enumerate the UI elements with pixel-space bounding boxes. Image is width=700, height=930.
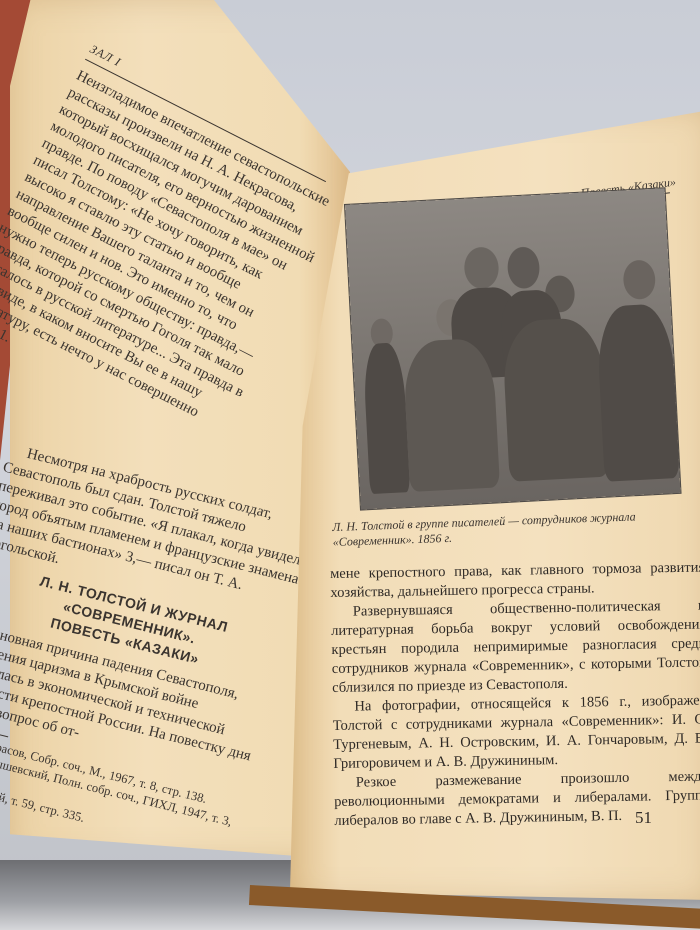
figure-seated-3 (501, 317, 609, 482)
figure-seated-4 (596, 303, 680, 482)
right-paragraph-2: Развернувшаяся общественно-политическая … (331, 596, 700, 698)
figure-seated-2 (402, 337, 500, 492)
group-photo (345, 188, 681, 509)
right-paragraph-3: На фотографии, относящейся к 1856 г., из… (332, 691, 700, 774)
right-page-text: мене крепостного права, как главного тор… (330, 558, 700, 831)
page-number: 51 (635, 808, 652, 828)
right-paragraph-1: мене крепостного права, как главного тор… (330, 558, 700, 603)
figure-seated-1 (362, 342, 410, 494)
